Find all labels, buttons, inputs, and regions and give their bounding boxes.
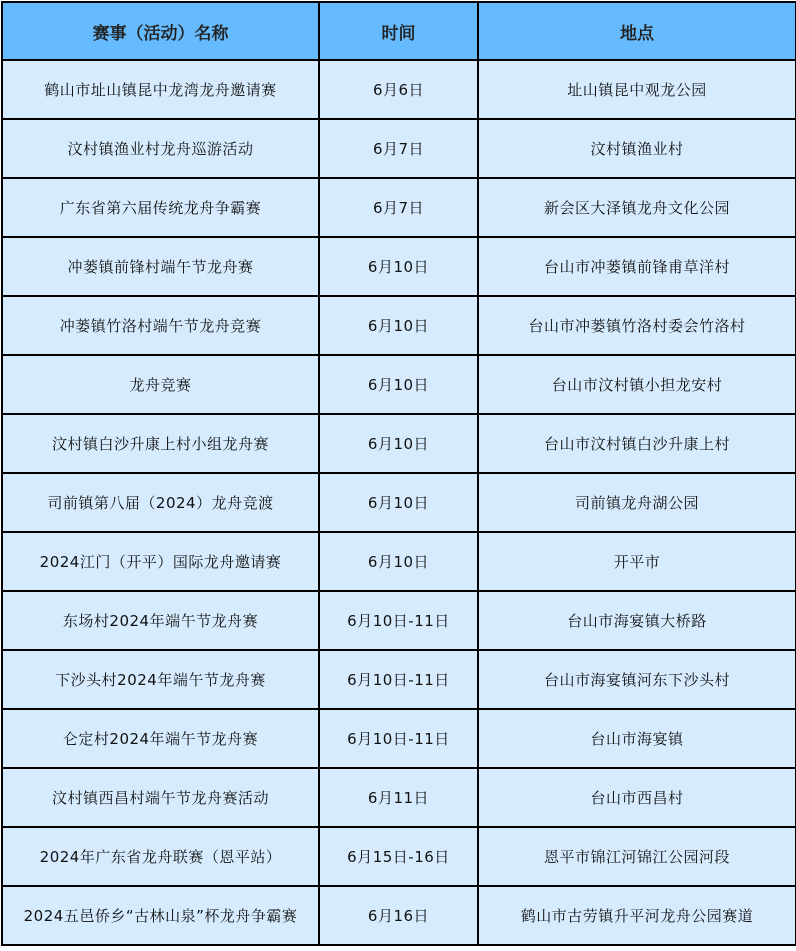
location-cell: 台山市冲蒌镇前锋甫草洋村 bbox=[478, 237, 796, 296]
time-cell: 6月10日 bbox=[319, 237, 478, 296]
event-name-cell: 龙舟竞赛 bbox=[2, 355, 319, 414]
table-row: 2024年广东省龙舟联赛（恩平站）6月15日-16日恩平市锦江河锦江公园河段 bbox=[2, 827, 796, 886]
location-cell: 司前镇龙舟湖公园 bbox=[478, 473, 796, 532]
table-row: 汶村镇白沙升康上村小组龙舟赛6月10日台山市汶村镇白沙升康上村 bbox=[2, 414, 796, 473]
table-row: 2024江门（开平）国际龙舟邀请赛6月10日开平市 bbox=[2, 532, 796, 591]
header-location: 地点 bbox=[478, 2, 796, 60]
event-name-cell: 鹤山市址山镇昆中龙湾龙舟邀请赛 bbox=[2, 60, 319, 119]
time-cell: 6月10日-11日 bbox=[319, 709, 478, 768]
event-name-cell: 东场村2024年端午节龙舟赛 bbox=[2, 591, 319, 650]
event-name-cell: 汶村镇西昌村端午节龙舟赛活动 bbox=[2, 768, 319, 827]
header-event-name: 赛事（活动）名称 bbox=[2, 2, 319, 60]
location-cell: 台山市汶村镇白沙升康上村 bbox=[478, 414, 796, 473]
table-row: 鹤山市址山镇昆中龙湾龙舟邀请赛6月6日址山镇昆中观龙公园 bbox=[2, 60, 796, 119]
location-cell: 台山市冲蒌镇竹洛村委会竹洛村 bbox=[478, 296, 796, 355]
event-name-cell: 广东省第六届传统龙舟争霸赛 bbox=[2, 178, 319, 237]
events-table: 赛事（活动）名称 时间 地点 鹤山市址山镇昆中龙湾龙舟邀请赛6月6日址山镇昆中观… bbox=[1, 1, 796, 946]
header-time: 时间 bbox=[319, 2, 478, 60]
event-name-cell: 汶村镇白沙升康上村小组龙舟赛 bbox=[2, 414, 319, 473]
time-cell: 6月10日-11日 bbox=[319, 591, 478, 650]
location-cell: 开平市 bbox=[478, 532, 796, 591]
location-cell: 新会区大泽镇龙舟文化公园 bbox=[478, 178, 796, 237]
time-cell: 6月6日 bbox=[319, 60, 478, 119]
table-row: 冲蒌镇竹洛村端午节龙舟竞赛6月10日台山市冲蒌镇竹洛村委会竹洛村 bbox=[2, 296, 796, 355]
table-row: 2024五邑侨乡“古林山泉”杯龙舟争霸赛6月16日鹤山市古劳镇升平河龙舟公园赛道 bbox=[2, 886, 796, 945]
location-cell: 台山市海宴镇河东下沙头村 bbox=[478, 650, 796, 709]
location-cell: 台山市汶村镇小担龙安村 bbox=[478, 355, 796, 414]
time-cell: 6月10日 bbox=[319, 296, 478, 355]
table-row: 龙舟竞赛6月10日台山市汶村镇小担龙安村 bbox=[2, 355, 796, 414]
table-row: 汶村镇渔业村龙舟巡游活动6月7日汶村镇渔业村 bbox=[2, 119, 796, 178]
event-name-cell: 司前镇第八届（2024）龙舟竞渡 bbox=[2, 473, 319, 532]
time-cell: 6月7日 bbox=[319, 178, 478, 237]
time-cell: 6月10日 bbox=[319, 473, 478, 532]
event-name-cell: 汶村镇渔业村龙舟巡游活动 bbox=[2, 119, 319, 178]
event-name-cell: 2024五邑侨乡“古林山泉”杯龙舟争霸赛 bbox=[2, 886, 319, 945]
location-cell: 汶村镇渔业村 bbox=[478, 119, 796, 178]
event-name-cell: 冲蒌镇前锋村端午节龙舟赛 bbox=[2, 237, 319, 296]
time-cell: 6月15日-16日 bbox=[319, 827, 478, 886]
table-row: 下沙头村2024年端午节龙舟赛6月10日-11日台山市海宴镇河东下沙头村 bbox=[2, 650, 796, 709]
time-cell: 6月7日 bbox=[319, 119, 478, 178]
event-name-cell: 冲蒌镇竹洛村端午节龙舟竞赛 bbox=[2, 296, 319, 355]
table-row: 汶村镇西昌村端午节龙舟赛活动6月11日台山市西昌村 bbox=[2, 768, 796, 827]
table-row: 东场村2024年端午节龙舟赛6月10日-11日台山市海宴镇大桥路 bbox=[2, 591, 796, 650]
time-cell: 6月11日 bbox=[319, 768, 478, 827]
location-cell: 址山镇昆中观龙公园 bbox=[478, 60, 796, 119]
location-cell: 鹤山市古劳镇升平河龙舟公园赛道 bbox=[478, 886, 796, 945]
time-cell: 6月10日-11日 bbox=[319, 650, 478, 709]
table-row: 广东省第六届传统龙舟争霸赛6月7日新会区大泽镇龙舟文化公园 bbox=[2, 178, 796, 237]
time-cell: 6月10日 bbox=[319, 355, 478, 414]
event-name-cell: 2024江门（开平）国际龙舟邀请赛 bbox=[2, 532, 319, 591]
event-name-cell: 仑定村2024年端午节龙舟赛 bbox=[2, 709, 319, 768]
time-cell: 6月10日 bbox=[319, 532, 478, 591]
location-cell: 台山市西昌村 bbox=[478, 768, 796, 827]
location-cell: 台山市海宴镇 bbox=[478, 709, 796, 768]
location-cell: 台山市海宴镇大桥路 bbox=[478, 591, 796, 650]
header-row: 赛事（活动）名称 时间 地点 bbox=[2, 2, 796, 60]
time-cell: 6月10日 bbox=[319, 414, 478, 473]
table-row: 冲蒌镇前锋村端午节龙舟赛6月10日台山市冲蒌镇前锋甫草洋村 bbox=[2, 237, 796, 296]
table-row: 司前镇第八届（2024）龙舟竞渡6月10日司前镇龙舟湖公园 bbox=[2, 473, 796, 532]
location-cell: 恩平市锦江河锦江公园河段 bbox=[478, 827, 796, 886]
event-name-cell: 2024年广东省龙舟联赛（恩平站） bbox=[2, 827, 319, 886]
time-cell: 6月16日 bbox=[319, 886, 478, 945]
event-name-cell: 下沙头村2024年端午节龙舟赛 bbox=[2, 650, 319, 709]
table-row: 仑定村2024年端午节龙舟赛6月10日-11日台山市海宴镇 bbox=[2, 709, 796, 768]
